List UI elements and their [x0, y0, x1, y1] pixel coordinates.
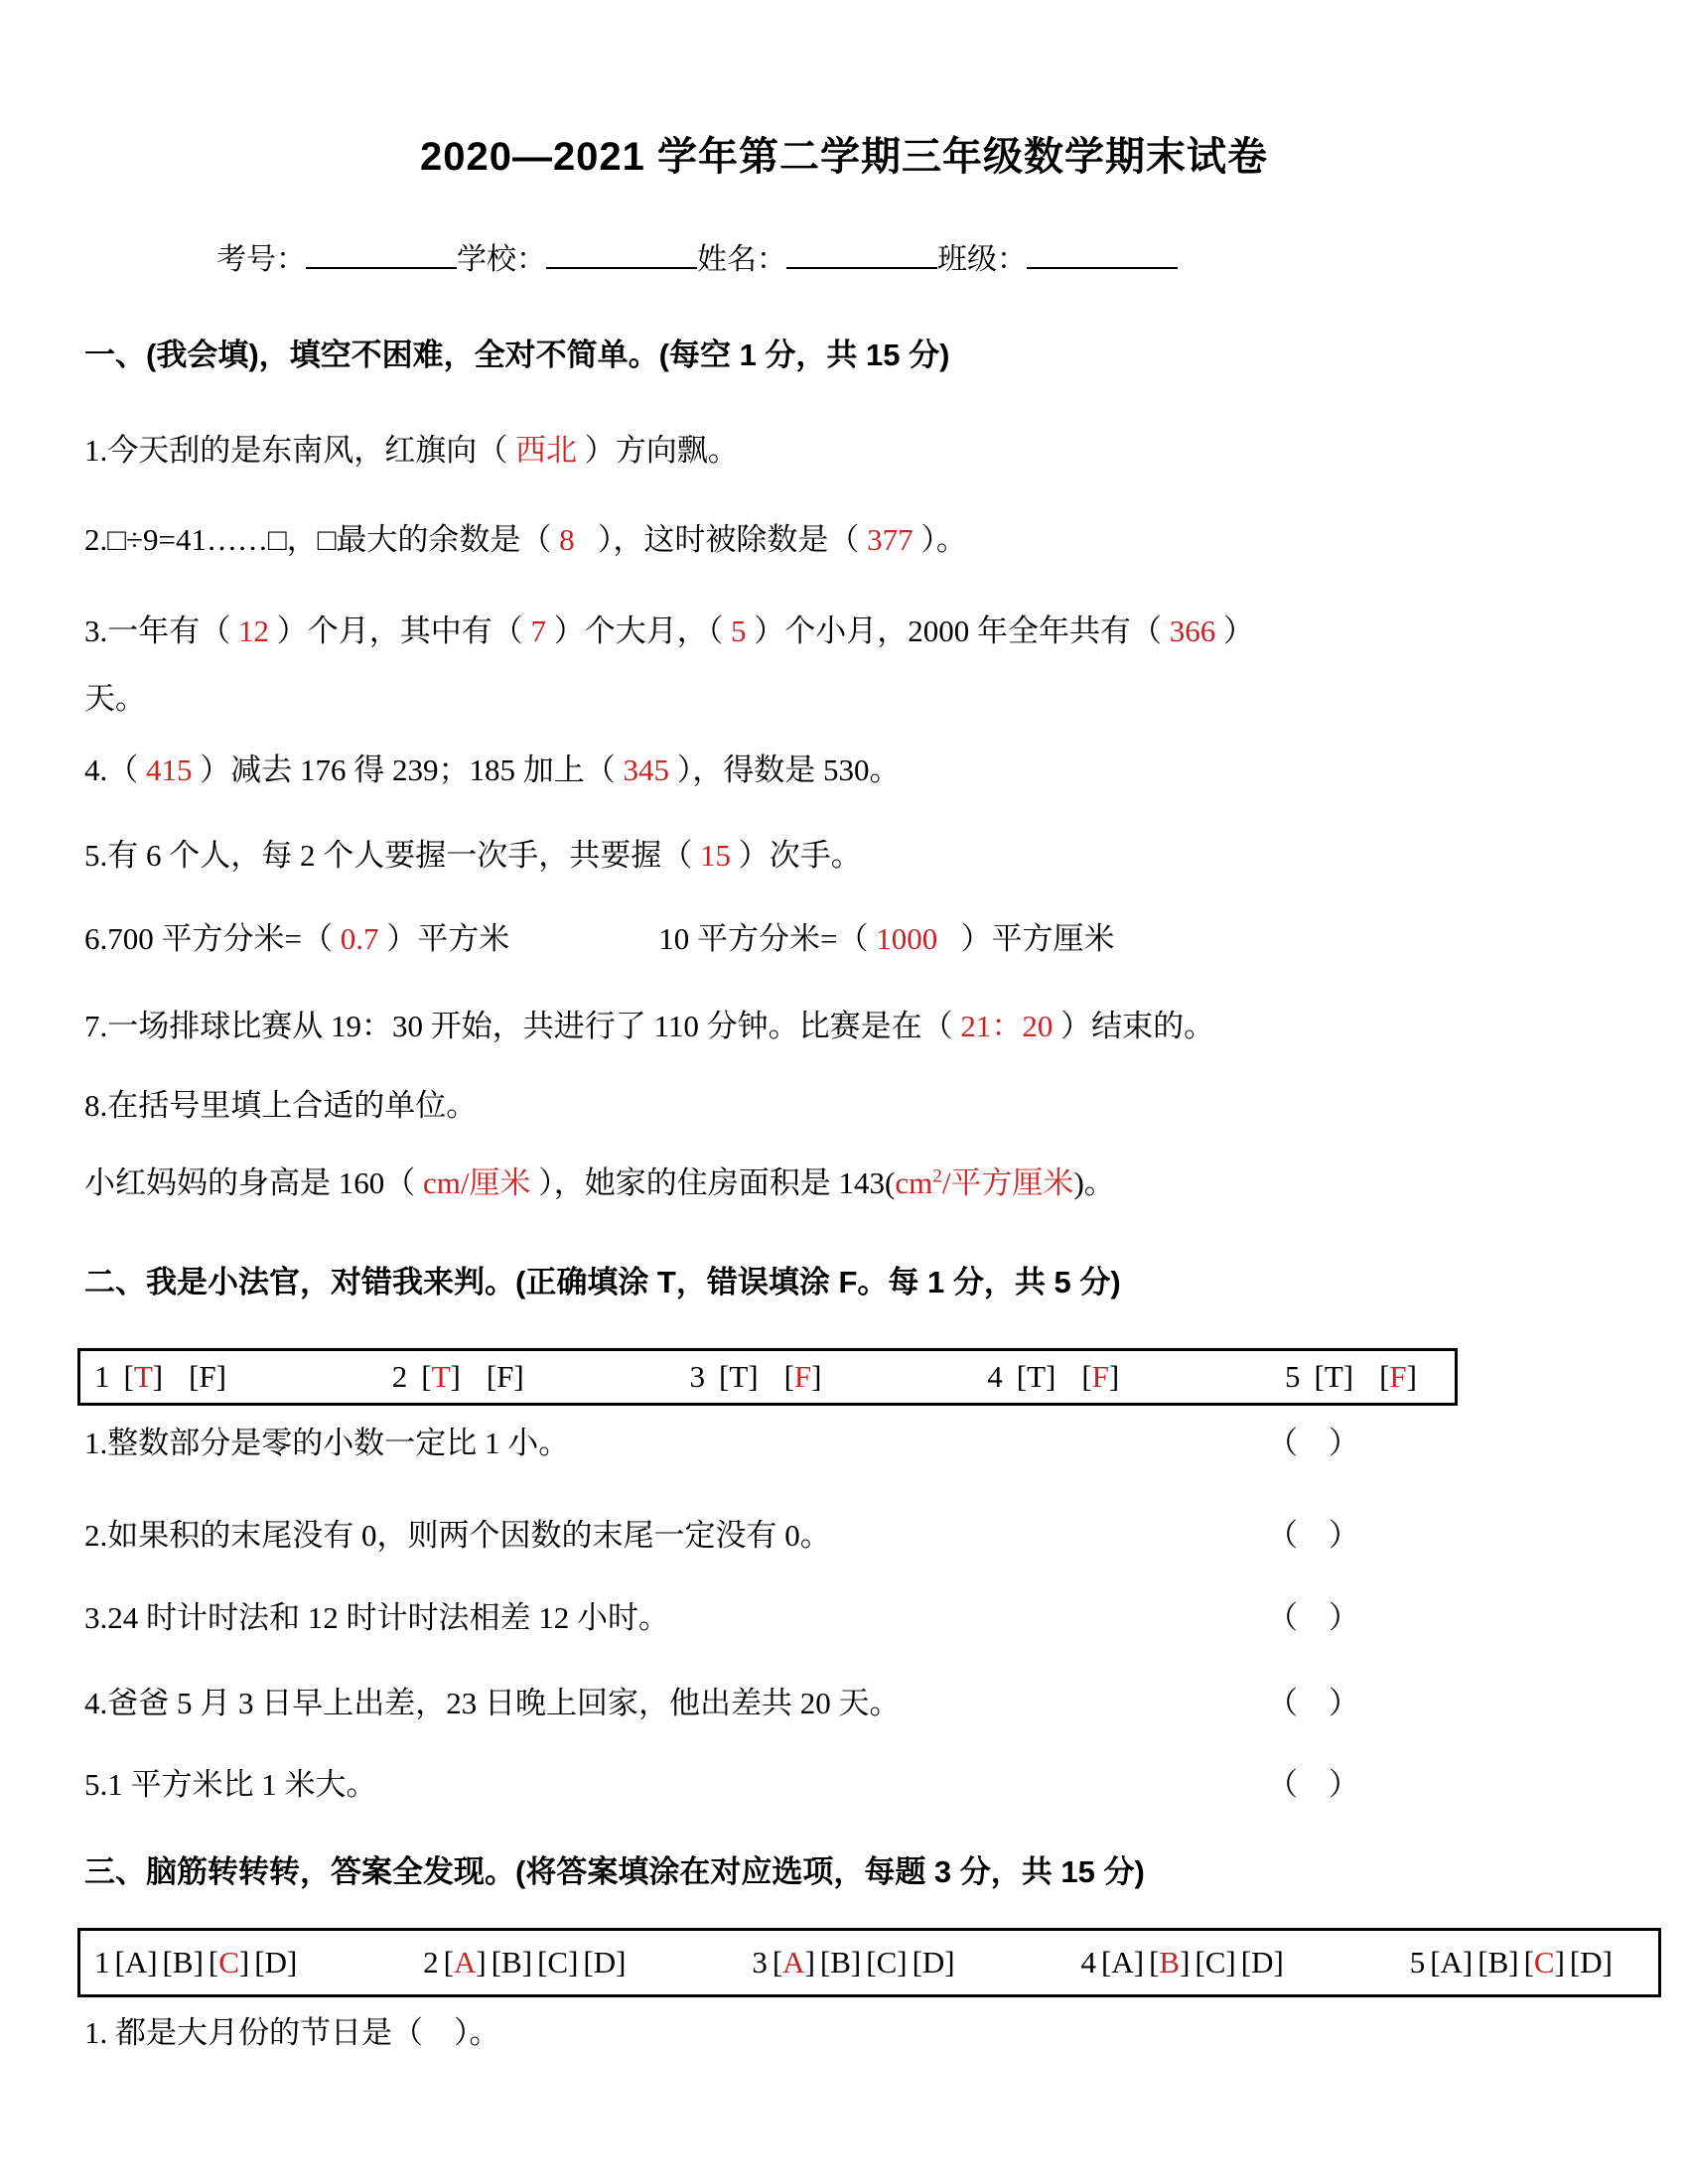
answer-text: 5 — [731, 614, 747, 648]
mc-item-number: 3 — [752, 1945, 768, 1979]
question-text: ）次手。 — [731, 838, 862, 873]
option-bracket-d[interactable]: [D] — [1570, 1945, 1613, 1980]
answer-text: 8 — [559, 522, 575, 557]
section1-question-2: 2.□÷9=41……□，□最大的余数是（ 8 ），这时被除数是（ 377 ）。 — [84, 514, 967, 559]
header-label-school: 学校： — [457, 243, 546, 276]
option-bracket-t[interactable]: [T] — [1017, 1359, 1056, 1395]
answer-text: 366 — [1170, 614, 1216, 648]
option-letter: A — [454, 1945, 476, 1979]
option-letter: D — [594, 1945, 616, 1979]
question-text: 8.在括号里填上合适的单位。 — [84, 1088, 477, 1123]
option-letter: D — [1580, 1945, 1602, 1979]
option-letter: C — [1205, 1945, 1226, 1979]
answer-text: 21：20 — [960, 1009, 1053, 1043]
answer-text: 415 — [146, 752, 193, 787]
option-bracket-t[interactable]: [T] — [719, 1359, 759, 1395]
option-bracket-f[interactable]: [F] — [1081, 1359, 1119, 1395]
section1-question-3: 3.一年有（ 12 ）个月，其中有（ 7 ）个大月，（ 5 ）个小月，2000 … — [84, 606, 1254, 650]
tf-item-number: 3 — [690, 1359, 706, 1394]
option-letter: C — [877, 1945, 898, 1979]
option-letter: B — [1159, 1945, 1180, 1979]
answer-paren: （ ） — [1267, 1592, 1359, 1637]
tf-question-5: 5.1 平方米比 1 米大。（ ） — [84, 1759, 1359, 1804]
option-bracket-a[interactable]: [A] — [115, 1945, 158, 1980]
option-letter: A — [1441, 1945, 1463, 1979]
option-letter: B — [501, 1945, 522, 1979]
option-bracket-b[interactable]: [B] — [492, 1945, 532, 1980]
question-text: 3.一年有（ — [84, 614, 238, 648]
question-text: ）。 — [914, 522, 967, 557]
option-letter: T — [1325, 1359, 1343, 1394]
option-bracket-f[interactable]: [F] — [189, 1359, 226, 1395]
option-letter: D — [1251, 1945, 1273, 1979]
header-label-class: 班级： — [937, 243, 1027, 276]
option-letter: T — [134, 1359, 153, 1394]
answer-text: 15 — [700, 838, 731, 873]
option-bracket-c[interactable]: [C] — [537, 1945, 578, 1980]
option-letter: C — [547, 1945, 568, 1979]
option-letter: D — [265, 1945, 287, 1979]
mc-item-number: 2 — [423, 1945, 439, 1979]
tf-answer-item-3: 3[T][F] — [690, 1359, 822, 1395]
option-bracket-c[interactable]: [C] — [866, 1945, 907, 1980]
mc-item-number: 1 — [94, 1945, 110, 1979]
header-blank-exam-number[interactable] — [306, 235, 457, 269]
header-line: 考号：学校：姓名：班级： — [216, 234, 1178, 278]
tf-question-2: 2.如果积的末尾没有 0，则两个因数的末尾一定没有 0。（ ） — [84, 1510, 1359, 1555]
option-bracket-a[interactable]: [A] — [1430, 1945, 1473, 1980]
tf-item-number: 4 — [987, 1359, 1003, 1394]
option-letter: T — [1027, 1359, 1046, 1394]
option-bracket-a[interactable]: [A] — [1101, 1945, 1144, 1980]
mc-answer-strip: 1[A][B][C][D]2[A][B][C][D]3[A][B][C][D]4… — [77, 1928, 1661, 1997]
question-text: ）个大月，（ — [546, 614, 731, 648]
answer-text: 2 — [932, 1166, 942, 1187]
header-label-exam-number: 考号： — [216, 243, 306, 276]
option-letter: D — [922, 1945, 944, 1979]
section2-heading: 二、我是小法官，对错我来判。(正确填涂 T，错误填涂 F。每 1 分，共 5 分… — [84, 1257, 1121, 1301]
option-letter: T — [729, 1359, 748, 1394]
option-bracket-d[interactable]: [D] — [1241, 1945, 1284, 1980]
mc-answer-item-3: 3[A][B][C][D] — [752, 1945, 954, 1980]
option-bracket-f[interactable]: [F] — [784, 1359, 822, 1395]
tf-answer-strip: 1[T][F]2[T][F]3[T][F]4[T][F]5[T][F] — [77, 1348, 1458, 1406]
tf-question-3: 3.24 时计时法和 12 时计时法相差 12 小时。（ ） — [84, 1592, 1359, 1637]
question-text: ）方向飘。 — [577, 433, 739, 468]
question-text: ）减去 176 得 239；185 加上（ — [193, 752, 624, 787]
option-letter: F — [1092, 1359, 1109, 1394]
option-bracket-b[interactable]: [B] — [163, 1945, 204, 1980]
option-letter: F — [199, 1359, 215, 1394]
section1-heading: 一、(我会填)，填空不困难，全对不简单。(每空 1 分，共 15 分) — [84, 330, 949, 374]
section1-question-6: 6.700 平方分米=（ 0.7 ）平方米10 平方分米=（ 1000 ）平方厘… — [84, 913, 1114, 958]
question-text: 2.□÷9=41……□，□最大的余数是（ — [84, 522, 559, 557]
mc-answer-item-5: 5[A][B][C][D] — [1410, 1945, 1613, 1980]
section1-question-5: 5.有 6 个人，每 2 个人要握一次手，共要握（ 15 ）次手。 — [84, 830, 862, 875]
option-bracket-t[interactable]: [T] — [421, 1359, 461, 1395]
question-text: 5.有 6 个人，每 2 个人要握一次手，共要握（ — [84, 838, 700, 873]
question-text: ）平方米 — [378, 921, 509, 956]
answer-paren: （ ） — [1267, 1759, 1359, 1804]
option-bracket-t[interactable]: [T] — [124, 1359, 164, 1395]
question-text: 1.今天刮的是东南风，红旗向（ — [84, 433, 515, 468]
option-bracket-a[interactable]: [A] — [773, 1945, 815, 1980]
question-text: 天。 — [84, 681, 146, 716]
option-bracket-c[interactable]: [C] — [209, 1945, 249, 1980]
question-text: )。 — [1073, 1165, 1114, 1200]
option-bracket-b[interactable]: [B] — [820, 1945, 861, 1980]
option-letter: F — [1389, 1359, 1406, 1394]
option-letter: B — [173, 1945, 194, 1979]
question-text: 小红妈妈的身高是 160（ — [84, 1165, 423, 1200]
question-text: ），这时被除数是（ — [575, 522, 868, 557]
tf-question-text: 3.24 时计时法和 12 时计时法相差 12 小时。 — [84, 1592, 669, 1637]
option-letter: F — [496, 1359, 513, 1394]
answer-text: /平方厘米 — [942, 1165, 1074, 1200]
option-bracket-a[interactable]: [A] — [444, 1945, 487, 1980]
option-letter: A — [782, 1945, 804, 1979]
tf-answer-item-4: 4[T][F] — [987, 1359, 1119, 1395]
answer-text: 377 — [867, 522, 914, 557]
answer-text: 1000 — [876, 921, 937, 956]
section1-question-8-units: 小红妈妈的身高是 160（ cm/厘米 ），她家的住房面积是 143(cm2/平… — [84, 1158, 1115, 1202]
option-bracket-c[interactable]: [C] — [1195, 1945, 1235, 1980]
option-bracket-c[interactable]: [C] — [1524, 1945, 1565, 1980]
option-letter: A — [1111, 1945, 1133, 1979]
section1-question-1: 1.今天刮的是东南风，红旗向（ 西北 ）方向飘。 — [84, 425, 739, 470]
exam-paper-page: { "colors": { "answer_red": "#cc2222" },… — [0, 0, 1688, 2184]
question-text: ）结束的。 — [1053, 1009, 1214, 1043]
question-text: ），得数是 530。 — [669, 752, 901, 787]
question-text: ）个小月，2000 年全年共有（ — [747, 614, 1170, 648]
section1-question-7: 7.一场排球比赛从 19：30 开始，共进行了 110 分钟。比赛是在（ 21：… — [84, 1001, 1214, 1045]
section3-heading: 三、脑筋转转转，答案全发现。(将答案填涂在对应选项，每题 3 分，共 15 分) — [84, 1846, 1145, 1891]
tf-item-number: 2 — [392, 1359, 408, 1394]
tf-question-text: 5.1 平方米比 1 米大。 — [84, 1759, 377, 1804]
question-text: ）个月，其中有（ — [269, 614, 531, 648]
answer-paren: （ ） — [1267, 1418, 1359, 1462]
tf-question-4: 4.爸爸 5 月 3 日早上出差，23 日晚上回家，他出差共 20 天。（ ） — [84, 1678, 1359, 1722]
tf-question-text: 4.爸爸 5 月 3 日早上出差，23 日晚上回家，他出差共 20 天。 — [84, 1678, 901, 1722]
option-letter: F — [794, 1359, 811, 1394]
tf-question-text: 2.如果积的末尾没有 0，则两个因数的末尾一定没有 0。 — [84, 1510, 831, 1555]
question-text: 10 平方分米=（ — [658, 921, 876, 956]
header-blank-name[interactable] — [786, 235, 937, 269]
option-bracket-f[interactable]: [F] — [487, 1359, 524, 1395]
exam-title: 2020—2021 学年第二学期三年级数学期末试卷 — [0, 125, 1688, 182]
question-text: ）平方厘米 — [937, 921, 1114, 956]
option-letter: B — [830, 1945, 851, 1979]
option-bracket-t[interactable]: [T] — [1315, 1359, 1354, 1395]
option-bracket-d[interactable]: [D] — [254, 1945, 297, 1980]
tf-answer-item-1: 1[T][F] — [94, 1359, 226, 1395]
question-text: 7.一场排球比赛从 19：30 开始，共进行了 110 分钟。比赛是在（ — [84, 1009, 960, 1043]
answer-text: 345 — [624, 752, 670, 787]
option-bracket-b[interactable]: [B] — [1149, 1945, 1190, 1980]
option-letter: B — [1488, 1945, 1509, 1979]
question-text: ），她家的住房面积是 143( — [531, 1165, 896, 1200]
mc-item-number: 4 — [1081, 1945, 1097, 1979]
option-letter: A — [125, 1945, 147, 1979]
option-bracket-d[interactable]: [D] — [913, 1945, 955, 1980]
answer-paren: （ ） — [1267, 1510, 1359, 1555]
option-letter: C — [218, 1945, 239, 1979]
question-text: 4.（ — [84, 752, 146, 787]
section1-question-4: 4.（ 415 ）减去 176 得 239；185 加上（ 345 ），得数是 … — [84, 745, 901, 789]
option-bracket-f[interactable]: [F] — [1379, 1359, 1417, 1395]
header-blank-class[interactable] — [1027, 235, 1178, 269]
option-letter: T — [432, 1359, 451, 1394]
answer-paren: （ ） — [1267, 1678, 1359, 1722]
mc-answer-item-2: 2[A][B][C][D] — [423, 1945, 626, 1980]
header-label-name: 姓名： — [697, 243, 786, 276]
section3-question-1: 1. 都是大月份的节日是（ ）。 — [84, 2007, 500, 2052]
header-blank-school[interactable] — [546, 235, 697, 269]
option-letter: C — [1534, 1945, 1555, 1979]
mc-answer-item-4: 4[A][B][C][D] — [1081, 1945, 1284, 1980]
tf-answer-item-5: 5[T][F] — [1285, 1359, 1417, 1395]
tf-item-number: 5 — [1285, 1359, 1301, 1394]
option-bracket-d[interactable]: [D] — [583, 1945, 626, 1980]
section1-question-3-cont: 天。 — [84, 673, 146, 718]
answer-text: 0.7 — [341, 921, 379, 956]
question-text: ） — [1215, 614, 1254, 648]
tf-item-number: 1 — [94, 1359, 110, 1394]
answer-text: cm — [895, 1165, 932, 1200]
answer-text: 12 — [238, 614, 269, 648]
tf-question-1: 1.整数部分是零的小数一定比 1 小。（ ） — [84, 1418, 1359, 1462]
answer-text: 7 — [531, 614, 547, 648]
tf-question-text: 1.整数部分是零的小数一定比 1 小。 — [84, 1418, 569, 1462]
question-text: 6.700 平方分米=（ — [84, 921, 341, 956]
section1-question-8: 8.在括号里填上合适的单位。 — [84, 1080, 477, 1125]
option-bracket-b[interactable]: [B] — [1477, 1945, 1518, 1980]
tf-answer-item-2: 2[T][F] — [392, 1359, 524, 1395]
mc-answer-item-1: 1[A][B][C][D] — [94, 1945, 297, 1980]
mc-item-number: 5 — [1410, 1945, 1426, 1979]
answer-text: 西北 — [515, 433, 577, 468]
answer-text: cm/厘米 — [423, 1165, 531, 1200]
